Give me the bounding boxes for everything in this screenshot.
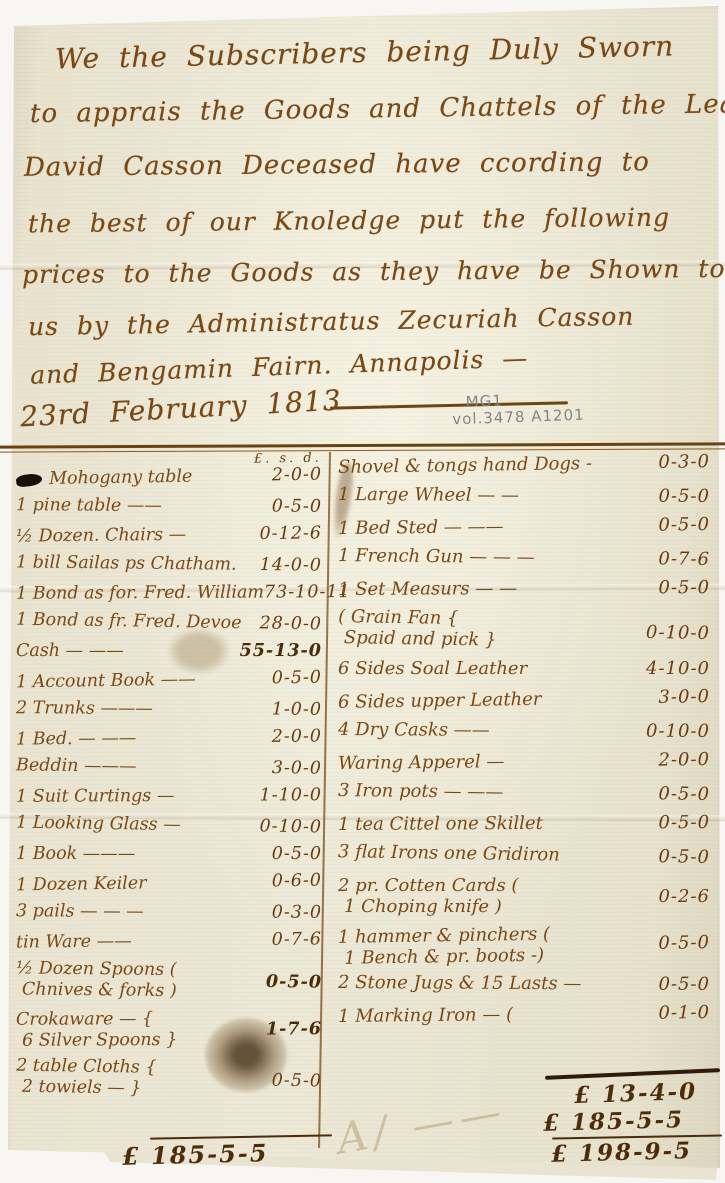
- price-value: 0-5-0: [658, 974, 710, 995]
- table-row: 2 Trunks ———1-0-0: [16, 698, 322, 721]
- item-label: 6 Sides Soal Leather: [338, 658, 527, 679]
- item-label-text: 1 tea Cittel one Skillet: [338, 813, 543, 835]
- col-left: Mohogany table£. s. d.2-0-01 pine table …: [16, 454, 322, 1107]
- item-label: 1 Bond as for. Fred. William: [16, 583, 264, 605]
- table-row: 6 Sides Soal Leather4-10-0: [338, 658, 710, 679]
- price-cell: 1-10-0: [260, 785, 322, 806]
- table-row: 2 Stone Jugs & 15 Lasts —0-5-0: [338, 972, 710, 995]
- item-label-text: ½ Dozen. Chairs —: [16, 525, 186, 547]
- table-row: Waring Apperel —2-0-0: [338, 749, 710, 774]
- price-value: 0-5-0: [658, 812, 710, 833]
- item-label: 1 French Gun — — —: [338, 545, 535, 568]
- item-label: 1 Bond as fr. Fred. Devoe: [16, 610, 242, 635]
- table-row: 1 Bed Sted — ——0-5-0: [338, 514, 710, 539]
- item-label: 1 Dozen Keiler: [16, 873, 147, 896]
- item-label-text: Cash — ——: [16, 641, 124, 661]
- item-label-text: 1 Suit Curtings —: [16, 786, 174, 807]
- price-value: 0-5-0: [658, 932, 710, 954]
- header-line: David Casson Deceased have ccording to: [24, 147, 650, 182]
- table-row: 3 pails — — —0-3-0: [16, 901, 322, 924]
- item-label-lines: ( Grain Fan {Spaid and pick }: [338, 606, 497, 650]
- price-cell: 28-0-0: [259, 613, 322, 635]
- item-label-lines: ½ Dozen Spoons (Chnives & forks ): [16, 958, 177, 1002]
- item-label-text: 1 Looking Glass —: [16, 813, 181, 836]
- item-label: 1 Bench & pr. boots -): [344, 945, 550, 969]
- table-row: 2 pr. Cotten Cards (1 Choping knife )0-2…: [338, 875, 710, 917]
- item-label-text: 6 Sides upper Leather: [338, 689, 542, 713]
- item-label-lines: Crokaware — {6 Silver Spoons }: [16, 1009, 177, 1052]
- price-value: 0-1-0: [658, 1002, 710, 1024]
- price-value: 0-10-0: [259, 816, 322, 837]
- item-label: Waring Apperel —: [338, 751, 505, 774]
- price-cell: 0-5-0: [272, 844, 322, 865]
- price-cell: 0-5-0: [658, 514, 710, 536]
- item-label-text: 4 Dry Casks ——: [338, 719, 490, 741]
- price-value: 0-5-0: [266, 972, 322, 993]
- item-label-text: 1 Bond as fr. Fred. Devoe: [16, 610, 242, 634]
- price-value: 0-10-0: [646, 621, 710, 643]
- table-row: 4 Dry Casks ——0-10-0: [338, 719, 710, 742]
- table-row: Mohogany table£. s. d.2-0-0: [16, 452, 322, 491]
- price-value: 14-0-0: [260, 555, 323, 576]
- price-value: 2-0-0: [658, 749, 710, 771]
- item-label: 6 Silver Spoons }: [22, 1030, 177, 1052]
- table-row: 1 bill Sailas ps Chatham.14-0-0: [16, 552, 322, 576]
- item-label-text: 3 flat Irons one Gridiron: [338, 841, 560, 865]
- left-column-total: £ 185-5-5: [122, 1138, 269, 1171]
- price-cell: 0-5-0: [658, 846, 710, 868]
- price-value: 0-2-6: [658, 886, 710, 907]
- grand-total: £ 198-9-5: [551, 1137, 693, 1168]
- table-row: 1 Bed. — ——2-0-0: [16, 726, 322, 750]
- item-label-text: 1 French Gun — — —: [338, 545, 535, 568]
- price-cell: 0-5-0: [658, 974, 710, 995]
- item-label: 1 Account Book ——: [16, 670, 196, 694]
- item-label: ( Grain Fan {: [338, 606, 497, 629]
- item-label-text: 1 bill Sailas ps Chatham.: [16, 552, 237, 574]
- table-row: ½ Dozen. Chairs —0-12-6: [16, 523, 322, 547]
- item-label: Spaid and pick }: [344, 627, 497, 650]
- price-value: 0-5-0: [272, 844, 322, 864]
- item-label-text: Shovel & tongs hand Dogs -: [338, 453, 592, 478]
- item-label: ½ Dozen Spoons (: [16, 958, 177, 981]
- price-value: 3-0-0: [658, 686, 710, 708]
- price-value: 1-7-6: [266, 1019, 322, 1039]
- table-row: Beddin ———3-0-0: [16, 755, 322, 779]
- price-value: 0-12-6: [260, 523, 323, 544]
- item-label: 1 tea Cittel one Skillet: [338, 813, 543, 835]
- item-label-text: 2 Stone Jugs & 15 Lasts —: [338, 972, 581, 994]
- price-cell: 2-0-0: [272, 726, 322, 748]
- price-value: 0-5-0: [658, 783, 710, 805]
- price-cell: 0-5-0: [272, 668, 323, 690]
- table-row: 1 Marking Iron — (0-1-0: [338, 1002, 710, 1027]
- price-cell: 0-5-0: [658, 932, 710, 954]
- item-label-lines: 1 hammer & pinchers (1 Bench & pr. boots…: [338, 924, 551, 969]
- archive-stamp: MG1 vol.3478 A1201: [451, 390, 584, 429]
- price-value: 0-7-6: [272, 929, 322, 950]
- item-label-text: 3 Iron pots — ——: [338, 780, 504, 803]
- price-value: 0-5-0: [658, 486, 710, 507]
- item-label: ½ Dozen. Chairs —: [16, 525, 186, 548]
- price-cell: 4-10-0: [646, 658, 710, 679]
- price-cell: 55-13-0: [240, 641, 322, 662]
- item-label-text: 1 Marking Iron — (: [338, 1004, 513, 1027]
- table-row: 1 Suit Curtings —1-10-0: [16, 785, 322, 808]
- item-label: 1 Marking Iron — (: [338, 1004, 513, 1027]
- col-right: Shovel & tongs hand Dogs -0-3-01 Large W…: [338, 454, 710, 1035]
- price-cell: 14-0-0: [260, 555, 323, 577]
- price-cell: 0-5-0: [658, 486, 710, 507]
- price-cell: 0-10-0: [259, 816, 322, 838]
- price-value: 0-7-6: [658, 548, 710, 570]
- item-label: 1 bill Sailas ps Chatham.: [16, 552, 237, 575]
- price-cell: 0-1-0: [658, 1002, 710, 1024]
- item-label-text: 1 Large Wheel — —: [338, 484, 519, 506]
- item-label-text: 1 Dozen Keiler: [16, 873, 147, 895]
- item-label: 4 Dry Casks ——: [338, 719, 490, 741]
- table-row: 1 Large Wheel — —0-5-0: [338, 484, 710, 507]
- price-value: 1-10-0: [260, 785, 322, 805]
- item-label: 2 Stone Jugs & 15 Lasts —: [338, 972, 581, 994]
- price-cell: 0-10-0: [646, 721, 710, 742]
- item-label-text: 3 pails — — —: [16, 901, 144, 922]
- table-row: 1 Account Book ——0-5-0: [16, 668, 322, 694]
- item-label: 1 Suit Curtings —: [16, 786, 174, 808]
- item-label: Beddin ———: [16, 755, 137, 777]
- right-column-subtotal: £ 13-4-0: [574, 1078, 698, 1109]
- price-value: 0-5-0: [272, 497, 322, 517]
- item-label: 3 Iron pots — ——: [338, 780, 504, 803]
- item-label-text: Mohogany table: [49, 467, 193, 489]
- table-row: Shovel & tongs hand Dogs -0-3-0: [338, 451, 710, 478]
- item-label-text: 1 Bond as for. Fred. William: [16, 583, 264, 604]
- table-row: 1 Set Measurs — —0-5-0: [338, 577, 710, 600]
- header-line: prices to the Goods as they have be Show…: [22, 254, 725, 289]
- item-label-text: 1 Bed. — ——: [16, 728, 137, 749]
- table-row: 3 flat Irons one Gridiron0-5-0: [338, 841, 710, 868]
- price-value: 0-6-0: [272, 871, 323, 892]
- table-row: 1 Book ———0-5-0: [16, 844, 322, 865]
- item-label: 1 pine table ——: [16, 495, 162, 517]
- item-label-text: 2 Trunks ———: [16, 698, 153, 719]
- item-label-text: 1 Bed Sted — ——: [338, 516, 504, 539]
- price-value: 0-5-0: [658, 577, 710, 598]
- item-label: 3 pails — — —: [16, 901, 144, 923]
- item-label-text: 1 Book ———: [16, 844, 135, 864]
- price-value: 0-5-0: [658, 846, 710, 868]
- item-label-text: 1 Account Book ——: [16, 670, 196, 693]
- item-label-text: 1 pine table ——: [16, 495, 162, 516]
- table-row: Crokaware — {6 Silver Spoons }1-7-6: [16, 1008, 322, 1052]
- table-row: 1 Bond as fr. Fred. Devoe28-0-0: [16, 610, 322, 636]
- price-cell: 3-0-0: [272, 758, 322, 780]
- item-label-lines: 2 pr. Cotten Cards (1 Choping knife ): [338, 875, 518, 917]
- price-value: 4-10-0: [646, 658, 710, 679]
- table-row: 1 tea Cittel one Skillet0-5-0: [338, 812, 710, 835]
- item-label: 1 Large Wheel — —: [338, 484, 519, 506]
- price-cell: 0-10-0: [646, 621, 710, 643]
- price-value: 55-13-0: [240, 641, 322, 661]
- price-value: 0-3-0: [272, 903, 322, 923]
- price-cell: 0-5-0: [272, 497, 322, 518]
- item-label-text: 1 Set Measurs — —: [338, 578, 517, 600]
- currency-unit-header: £. s. d.: [254, 452, 322, 466]
- item-label: 1 Bed. — ——: [16, 728, 137, 750]
- table-row: 3 Iron pots — ——0-5-0: [338, 780, 710, 805]
- price-cell: 0-5-0: [266, 972, 322, 994]
- item-label: 3 flat Irons one Gridiron: [338, 841, 560, 865]
- price-cell: 0-5-0: [658, 812, 710, 833]
- price-value: 28-0-0: [259, 613, 322, 634]
- item-label: Chnives & forks ): [22, 979, 177, 1002]
- carried-total: £ 185-5-5: [543, 1106, 685, 1137]
- price-value: 2-0-0: [272, 465, 323, 486]
- price-cell: 1-0-0: [272, 700, 322, 721]
- price-cell: 3-0-0: [658, 686, 710, 708]
- scanned-document-page: We the Subscribers being Duly Sworn to a…: [0, 0, 725, 1183]
- item-label-text: Waring Apperel —: [338, 751, 505, 774]
- price-cell: 0-12-6: [260, 523, 323, 545]
- price-value: 0-10-0: [646, 721, 710, 742]
- price-value: 0-5-0: [272, 1070, 323, 1091]
- price-value: 3-0-0: [272, 758, 322, 779]
- item-label: tin Ware ——: [16, 931, 132, 953]
- item-label-text: 6 Sides Soal Leather: [338, 658, 527, 679]
- table-row: tin Ware ——0-7-6: [16, 929, 322, 953]
- table-row: 2 table Cloths {2 towiels — }0-5-0: [16, 1056, 323, 1103]
- table-row: 1 Dozen Keiler0-6-0: [16, 871, 322, 897]
- price-cell: 0-5-0: [272, 1070, 323, 1092]
- price-cell: 0-6-0: [272, 871, 323, 893]
- price-cell: 1-7-6: [266, 1019, 322, 1040]
- item-label: Shovel & tongs hand Dogs -: [338, 453, 592, 478]
- item-label: Cash — ——: [16, 641, 124, 662]
- table-row: ½ Dozen Spoons (Chnives & forks )0-5-0: [16, 958, 322, 1003]
- item-label: 2 Trunks ———: [16, 698, 153, 720]
- price-cell: 0-7-6: [272, 929, 322, 951]
- item-label: 1 Set Measurs — —: [338, 578, 517, 600]
- price-value: 1-0-0: [272, 700, 322, 720]
- table-row: 1 Bond as for. Fred. William73-10-11: [16, 582, 322, 605]
- item-label: 2 pr. Cotten Cards (: [338, 875, 518, 896]
- item-label-text: Beddin ———: [16, 755, 137, 776]
- item-label: 1 Bed Sted — ——: [338, 516, 504, 539]
- price-cell: 0-2-6: [658, 886, 710, 907]
- item-label-text: tin Ware ——: [16, 931, 132, 952]
- item-label: Crokaware — {: [16, 1009, 177, 1031]
- price-value: 0-5-0: [272, 668, 323, 689]
- price-cell: £. s. d.2-0-0: [254, 452, 322, 487]
- price-cell: 0-5-0: [658, 577, 710, 598]
- price-cell: 0-7-6: [658, 548, 710, 570]
- item-label: 2 towiels — }: [22, 1077, 157, 1100]
- price-value: 0-3-0: [658, 451, 710, 473]
- item-label: 1 Choping knife ): [344, 896, 518, 917]
- table-row: 1 hammer & pinchers (1 Bench & pr. boots…: [338, 921, 711, 969]
- price-value: 0-5-0: [658, 514, 710, 536]
- item-label: 1 Book ———: [16, 844, 135, 865]
- table-row: 1 French Gun — — —0-7-6: [338, 545, 710, 570]
- ink-blot-icon: [15, 472, 42, 487]
- price-cell: 0-5-0: [658, 783, 710, 805]
- item-label: 6 Sides upper Leather: [338, 689, 542, 713]
- table-row: 1 pine table ——0-5-0: [16, 495, 322, 518]
- item-label-lines: 2 table Cloths {2 towiels — }: [16, 1056, 157, 1100]
- item-label: 1 Looking Glass —: [16, 813, 181, 837]
- price-cell: 0-3-0: [658, 451, 710, 473]
- price-value: 2-0-0: [272, 726, 322, 747]
- price-cell: 0-3-0: [272, 903, 322, 924]
- table-row: 6 Sides upper Leather3-0-0: [338, 686, 710, 713]
- table-row: ( Grain Fan {Spaid and pick }0-10-0: [338, 606, 711, 654]
- item-label: Mohogany table: [16, 467, 193, 491]
- item-label: 2 table Cloths {: [16, 1056, 157, 1079]
- price-cell: 2-0-0: [658, 749, 710, 771]
- table-row: 1 Looking Glass —0-10-0: [16, 813, 322, 839]
- table-row: Cash — ——55-13-0: [16, 641, 322, 662]
